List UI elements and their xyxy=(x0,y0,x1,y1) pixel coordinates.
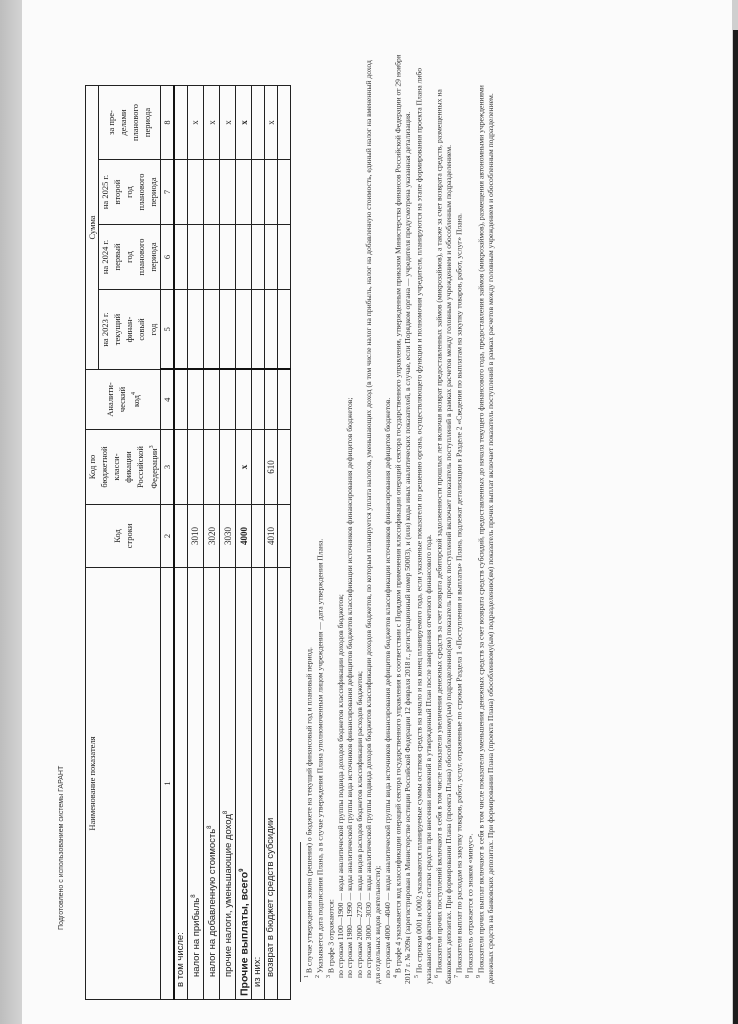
cell-y2024 xyxy=(203,225,219,290)
table-row: в том числе: xyxy=(174,85,188,999)
footnote: 3 В графе 3 отражаются: xyxy=(325,54,336,984)
cell-y2025 xyxy=(236,160,252,225)
footnote: 5 По строкам 0001 и 0002 указываются пла… xyxy=(413,54,433,984)
footnote: 2 Указывается дата подписания Плана, а в… xyxy=(314,54,325,984)
cell-y2025 xyxy=(220,160,236,225)
table-row: возврат в бюджет средств субсидии4010610… xyxy=(264,85,277,999)
header-2024: на 2024 г.первыйгодплановогопериода xyxy=(99,225,161,290)
footnote: 6 Показатели прочих поступлений включают… xyxy=(433,54,453,984)
column-number: 2 xyxy=(160,505,174,568)
row-name: прочие налоги, уменьшающие доход8 xyxy=(220,568,236,1000)
footnote: по строкам 4000—4040 — коды аналитическо… xyxy=(383,54,392,984)
cell-y2023 xyxy=(174,290,188,370)
cell-y2023 xyxy=(220,290,236,370)
column-number: 7 xyxy=(160,160,174,225)
cell-y2025 xyxy=(187,160,203,225)
cell-y2025 xyxy=(203,160,219,225)
row-name: Прочие выплаты, всего9 xyxy=(236,568,252,1000)
header-row-1: Наименование показателя Кодстроки Код по… xyxy=(86,85,99,999)
footnote: по строкам 1100—1900 — коды аналитическо… xyxy=(336,54,345,984)
cell-bk xyxy=(251,430,264,505)
footnote: по строкам 1980—1990 — коды аналитическо… xyxy=(345,54,354,984)
cell-beyond xyxy=(277,85,290,159)
cell-y2023 xyxy=(251,290,264,370)
cell-beyond: х xyxy=(220,85,236,159)
cell-beyond: х xyxy=(264,85,277,159)
cell-beyond xyxy=(174,85,188,159)
cell-y2024 xyxy=(220,225,236,290)
footnote: 7 Показатели выплат по расходам на закуп… xyxy=(453,54,464,984)
cell-y2023 xyxy=(277,290,290,370)
cell-bk xyxy=(203,430,219,505)
cell-analytic xyxy=(174,370,188,430)
cell-analytic xyxy=(251,370,264,430)
footnote: по строкам 2000—2720 — коды видов расход… xyxy=(355,54,364,984)
cell-analytic xyxy=(187,370,203,430)
cell-y2023 xyxy=(236,290,252,370)
row-name: налог на прибыль8 xyxy=(187,568,203,1000)
header-bk-code: Код побюджетнойкласси-фикацииРоссийскойФ… xyxy=(86,430,161,505)
plan-table: Наименование показателя Кодстроки Код по… xyxy=(85,85,291,1000)
cell-y2024 xyxy=(174,225,188,290)
footnote: 1 В случае утверждения закона (решения) … xyxy=(303,54,314,984)
cell-beyond xyxy=(251,85,264,159)
cell-beyond: х xyxy=(187,85,203,159)
header-2023: на 2023 г.текущийфинан-совыйгод xyxy=(99,290,161,370)
cell-y2023 xyxy=(264,290,277,370)
table-row: Прочие выплаты, всего94000хх xyxy=(236,85,252,999)
cell-code: 3010 xyxy=(187,505,203,568)
cell-bk xyxy=(220,430,236,505)
column-number: 4 xyxy=(160,370,174,430)
cell-bk xyxy=(174,430,188,505)
column-number: 3 xyxy=(160,430,174,505)
cell-y2025 xyxy=(277,160,290,225)
cell-code: 3030 xyxy=(220,505,236,568)
cell-analytic xyxy=(203,370,219,430)
row-name: из них: xyxy=(251,568,264,1000)
cell-y2025 xyxy=(264,160,277,225)
cell-analytic xyxy=(264,370,277,430)
row-name: в том числе: xyxy=(174,568,188,1000)
column-number: 6 xyxy=(160,225,174,290)
cell-beyond: х xyxy=(236,85,252,159)
footnote-rule xyxy=(300,842,301,982)
header-beyond: за пре-деламиплановогопериода xyxy=(99,85,161,159)
column-number: 1 xyxy=(160,568,174,1000)
cell-analytic xyxy=(220,370,236,430)
cell-y2024 xyxy=(236,225,252,290)
footnotes: 1 В случае утверждения закона (решения) … xyxy=(303,54,496,984)
cell-code: 4000 xyxy=(236,505,252,568)
table-row: налог на прибыль83010х xyxy=(187,85,203,999)
cell-bk xyxy=(277,430,290,505)
cell-beyond: х xyxy=(203,85,219,159)
cell-bk: 610 xyxy=(264,430,277,505)
footnote: 9 Показатели прочих выплат включают в се… xyxy=(475,54,495,984)
header-sum: Сумма xyxy=(86,85,99,369)
table-row: прочие налоги, уменьшающие доход83030х xyxy=(220,85,236,999)
row-name xyxy=(277,568,290,1000)
footnote: по строкам 3000—3030 — коды аналитическо… xyxy=(364,54,383,984)
cell-y2024 xyxy=(264,225,277,290)
header-name: Наименование показателя xyxy=(86,568,161,1000)
table-row: налог на добавленную стоимость83020х xyxy=(203,85,219,999)
column-number: 5 xyxy=(160,290,174,370)
footnote: 8 Показатель отражается со знаком «минус… xyxy=(464,54,475,984)
cell-y2024 xyxy=(277,225,290,290)
header-row-code: Кодстроки xyxy=(86,505,161,568)
prepared-note: Подготовлено с использованием системы ГА… xyxy=(58,766,65,930)
cell-y2023 xyxy=(187,290,203,370)
table-row xyxy=(277,85,290,999)
cell-code xyxy=(251,505,264,568)
cell-code xyxy=(174,505,188,568)
header-analytic-code: Аналити-ческийкод4 xyxy=(86,370,161,430)
cell-analytic xyxy=(277,370,290,430)
cell-bk xyxy=(187,430,203,505)
cell-code: 4010 xyxy=(264,505,277,568)
cell-analytic xyxy=(236,370,252,430)
cell-y2024 xyxy=(187,225,203,290)
cell-y2024 xyxy=(251,225,264,290)
column-number: 8 xyxy=(160,85,174,159)
column-numbers-row: 12345678 xyxy=(160,85,174,999)
cell-code xyxy=(277,505,290,568)
document-page: Подготовлено с использованием системы ГА… xyxy=(0,0,738,1024)
footnote: 4 В графе 4 указывается код классификаци… xyxy=(392,54,412,984)
cell-y2025 xyxy=(174,160,188,225)
row-name: возврат в бюджет средств субсидии xyxy=(264,568,277,1000)
cell-y2023 xyxy=(203,290,219,370)
table-row: из них: xyxy=(251,85,264,999)
row-name: налог на добавленную стоимость8 xyxy=(203,568,219,1000)
cell-y2025 xyxy=(251,160,264,225)
cell-code: 3020 xyxy=(203,505,219,568)
cell-bk: х xyxy=(236,430,252,505)
header-2025: на 2025 г.второйгодплановогопериода xyxy=(99,160,161,225)
